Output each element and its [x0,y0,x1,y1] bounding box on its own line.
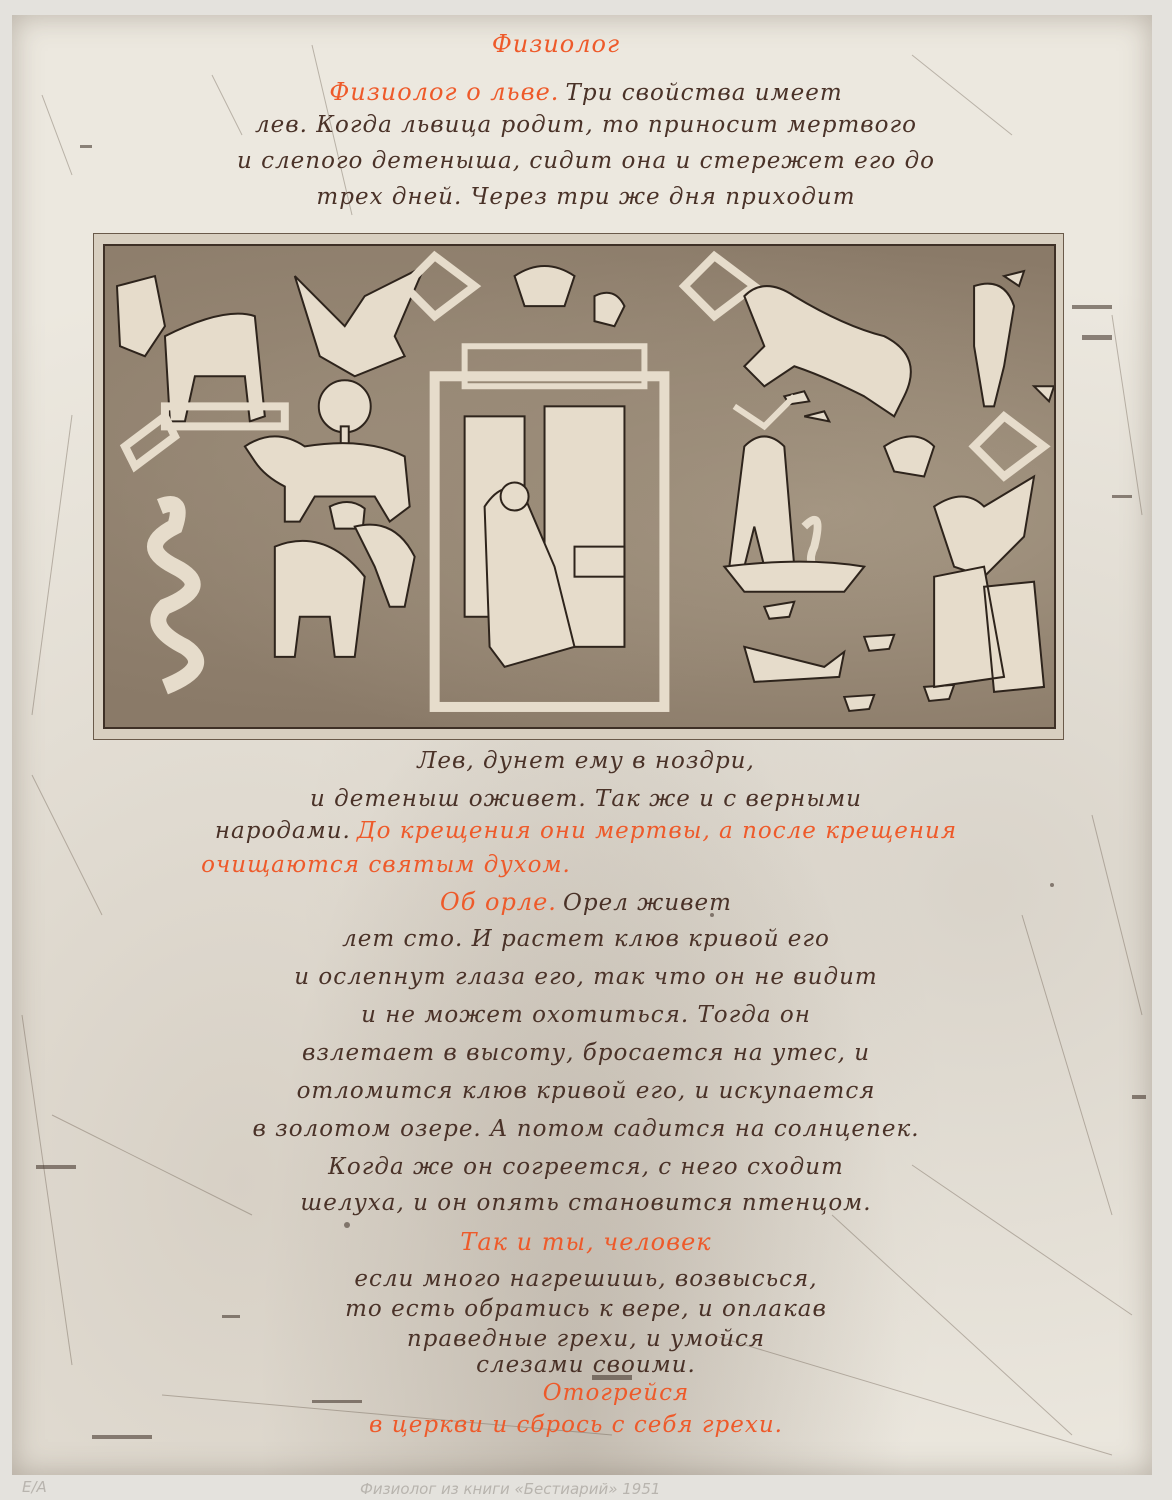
eagle-line-7: шелуха, и он опять становится птенцом. [0,1190,1172,1216]
eagle-line-3: взлетает в высоту, бросается на утес, и [0,1040,1172,1066]
moral-line-2: праведные грехи, и умойся [0,1326,1172,1352]
dead-fox-icon [744,647,844,682]
moral-line-1: то есть обратись к вере, и оплакав [0,1296,1172,1322]
bird-icon [844,695,874,711]
serpent-icon [155,504,196,687]
eagle-line-4: отломится клюв кривой его, и искупается [0,1078,1172,1104]
eagle-heading-red: Об орле. [440,888,557,916]
eagle-line-1: и ослепнут глаза его, так что он не види… [0,964,1172,990]
lion-text-line-0: Лев, дунет ему в ноздри, [0,748,1172,774]
eagle-line-5: в золотом озере. А потом садится на солн… [0,1116,1172,1142]
top-text-line-3: трех дней. Через три же дня приходит [0,184,1172,210]
eagle-line-0: лет сто. И растет клюв кривой его [0,926,1172,952]
bird-icon [764,602,794,619]
branch-icon [724,562,864,592]
lion-text-line-3: очищаются святым духом. [0,852,972,878]
panther-icon [355,525,415,607]
lion-text-brown: народами. [215,818,351,844]
elephant-icon [245,436,410,521]
stag-with-antlers-icon [729,436,794,566]
panther-icon [275,541,365,657]
knot-right-icon [974,416,1044,476]
lion-text-line-1: и детеныш оживет. Так же и с верными [0,786,1172,812]
rock-stumps-icon [934,567,1044,692]
bestiary-panel [93,233,1064,740]
edition-mark: E/A [22,1478,47,1496]
bird-icon [884,436,934,476]
bird-icon [924,685,954,701]
top-first-line: Физиолог о льве. Три свойства имеет [0,78,1172,106]
panel-illustration [105,246,1054,727]
bird-icon [864,635,894,651]
moral-line-0: если много нагрешишь, возвысься, [0,1266,1172,1292]
eagle-line-2: и не может охотиться. Тогда он [0,1002,1172,1028]
moral-closing-1: Отогрейся [30,1380,1172,1406]
top-text-line-2: и слепого детеныша, сидит она и стережет… [0,148,1172,174]
dove-icon [594,293,624,326]
tree-icon [319,380,371,432]
header-subtitle: Физиолог о льве. [329,78,559,106]
eagle-line-6: Когда же он согреется, с него сходит [0,1154,1172,1180]
moral-line-3: слезами своими. [0,1352,1172,1378]
tree-stump-icon [117,276,165,356]
crane-icon [974,284,1014,407]
artist-signature: Физиолог из книги «Бестиарий» 1951 [360,1480,660,1498]
dove-icon [515,266,575,306]
bird-icon [1004,271,1054,401]
hippocamp-icon [744,286,910,416]
header-title: Физиолог [0,30,1142,58]
panel-inner [103,244,1056,729]
eagle-heading: Об орле. Орел живет [0,888,1172,916]
lion-text-red: До крещения они мертвы, а после крещения [357,818,957,844]
eagle-heading-brown: Орел живет [563,890,732,916]
top-text-line-0: Три свойства имеет [566,80,843,106]
moral-heading: Так и ты, человек [0,1228,1172,1256]
top-text-line-1: лев. Когда львица родит, то приносит мер… [0,112,1172,138]
lion-text-line-2: народами. До крещения они мертвы, а посл… [0,818,1172,844]
eagle-icon [934,476,1034,576]
moral-closing-2: в церкви и сбрось с себя грехи. [0,1412,1162,1438]
knot-top-icon [684,256,754,316]
lectern-icon [575,547,625,577]
